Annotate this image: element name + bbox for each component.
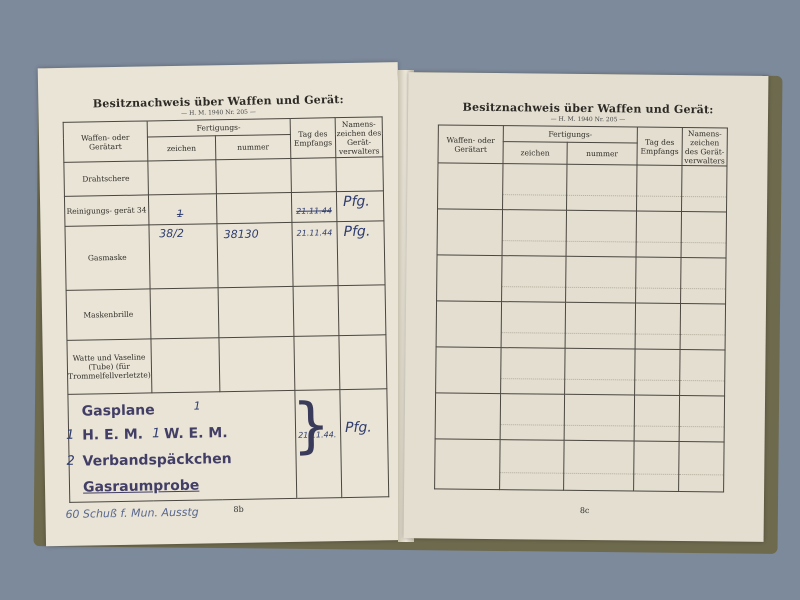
table-row — [438, 163, 727, 212]
stamp-gasplane: Gasplane — [82, 402, 155, 419]
bracket-glyph: } — [291, 395, 330, 456]
left-page: Besitznachweis über Waffen und Gerät: — … — [38, 62, 406, 546]
stamp-verbandspaeckchen: Verbandspäckchen — [82, 451, 231, 470]
header-nummer: nummer — [215, 134, 290, 159]
handwritten-qty: 1 — [66, 428, 75, 443]
handwritten-qty: 1 — [152, 426, 161, 441]
handwritten-date: 21.11.44 — [297, 228, 333, 238]
handwritten-nummer: 38130 — [224, 228, 259, 242]
page-number: 8b — [233, 505, 243, 514]
equipment-table: Waffen- oder Gerätart Fertigungs- Tag de… — [434, 124, 728, 492]
table-row: Gasmaske 38/2 38130 21.11.44 Pfg. — [65, 221, 385, 291]
table-row — [436, 301, 725, 350]
handwritten-note: 60 Schuß f. Mun. Ausstg — [65, 506, 198, 521]
equipment-table: Waffen- oder Gerätart Fertigungs- Tag de… — [63, 116, 390, 503]
row-label: Reinigungs- gerät 34 — [64, 195, 148, 226]
table-row: Maskenbrille — [66, 285, 386, 341]
row-label: Maskenbrille — [66, 289, 150, 340]
right-page: Besitznachweis über Waffen und Gerät: — … — [404, 72, 769, 542]
handwritten-date: 21.11.44 — [296, 206, 332, 216]
header-signature: Namens- zeichen des Gerät- verwalters — [335, 117, 383, 158]
header-nummer: nummer — [567, 142, 637, 165]
header-item-type: Waffen- oder Gerätart — [63, 121, 147, 162]
stamp-gasraumprobe: Gasraumprobe — [83, 478, 200, 496]
table-row — [436, 347, 725, 396]
table-row: Drahtschere — [64, 157, 384, 197]
handwritten-signature: Pfg. — [343, 224, 370, 240]
handwritten-signature: Pfg. — [343, 194, 370, 210]
stamp-hem: H. E. M. — [82, 427, 143, 444]
header-zeichen: zeichen — [147, 136, 216, 161]
row-label: Gasmaske — [65, 225, 150, 290]
handwritten-zeichen: 38/2 — [159, 227, 184, 240]
table-row — [437, 255, 726, 304]
table-row — [435, 439, 725, 492]
handwritten-qty: 1 — [194, 400, 201, 413]
row-label: Watte und Vaseline (Tube) (für Trommelfe… — [67, 339, 152, 394]
table-row — [437, 209, 726, 258]
table-row: Watte und Vaseline (Tube) (für Trommelfe… — [67, 335, 387, 395]
header-date: Tag des Empfangs — [290, 118, 336, 159]
row-label: Drahtschere — [64, 161, 148, 196]
header-signature: Namens- zeichen des Gerät- verwalters — [682, 127, 727, 165]
page-number: 8c — [580, 506, 590, 515]
header-item-type: Waffen- oder Gerätart — [438, 125, 503, 164]
handwritten-signature: Pfg. — [345, 420, 372, 436]
handwritten-qty: 2 — [66, 454, 75, 469]
header-date: Tag des Empfangs — [637, 127, 682, 165]
stamp-wem: W. E. M. — [164, 425, 228, 442]
handwritten-qty: 1 — [177, 209, 184, 220]
header-fertigung: Fertigungs- — [503, 126, 637, 143]
header-zeichen: zeichen — [503, 142, 567, 165]
table-row — [435, 393, 724, 442]
